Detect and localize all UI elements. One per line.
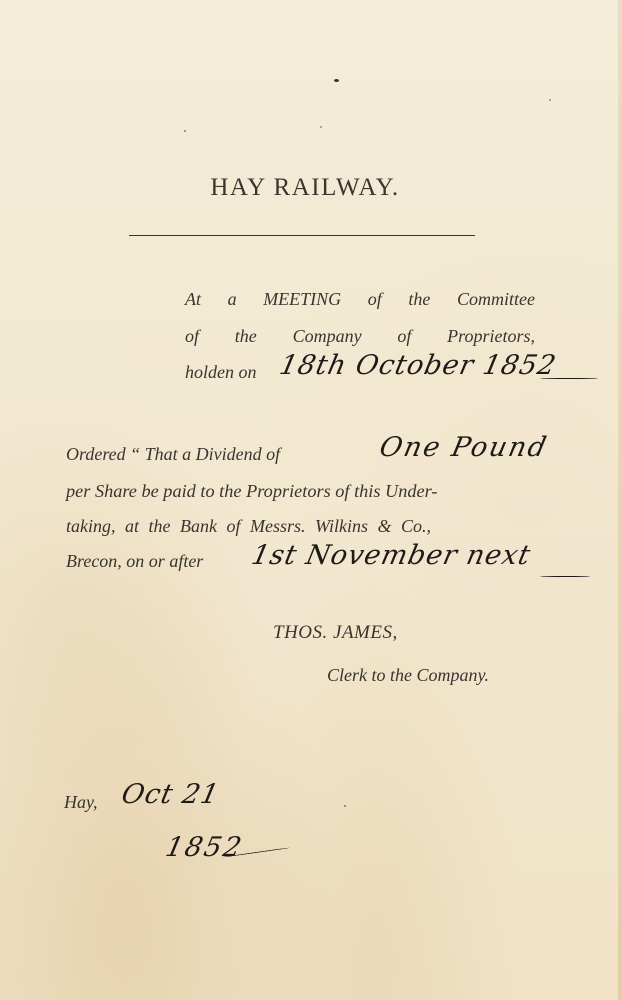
meeting-word: of: [185, 326, 199, 347]
meeting-line-3-printed: holden on: [185, 362, 257, 383]
meeting-line-2: of the Company of Proprietors,: [185, 326, 535, 347]
meeting-word: Committee: [457, 289, 535, 310]
paper-speck: [334, 79, 339, 82]
handwritten-payment-date: 1st November next: [249, 540, 534, 571]
order-line-2: per Share be paid to the Proprietors of …: [66, 481, 438, 502]
meeting-word: At: [185, 289, 201, 310]
signatory-name: THOS. JAMES,: [273, 622, 398, 644]
document-page: HAY RAILWAY. At a MEETING of the Committ…: [0, 0, 622, 1000]
handwritten-dividend-amount: One Pound: [377, 432, 551, 463]
signatory-role: Clerk to the Company.: [327, 665, 489, 686]
handwritten-issue-year: 1852: [163, 832, 246, 863]
document-title: HAY RAILWAY.: [0, 174, 616, 202]
meeting-word: the: [408, 289, 430, 310]
handwritten-flourish: [540, 576, 590, 577]
order-line-4-printed: Brecon, on or after: [66, 551, 203, 572]
meeting-word: of: [397, 326, 411, 347]
meeting-word: the: [235, 326, 257, 347]
paper-speck: [344, 805, 346, 807]
meeting-word: of: [368, 289, 382, 310]
meeting-word: Proprietors,: [447, 326, 535, 347]
title-divider: [129, 235, 475, 236]
order-line-1-printed: Ordered “ That a Dividend of: [66, 444, 280, 465]
paper-speck: [320, 126, 322, 128]
dateline-place: Hay,: [64, 792, 98, 813]
order-line-3: taking, at the Bank of Messrs. Wilkins &…: [66, 516, 431, 537]
handwritten-issue-date: Oct 21: [119, 779, 223, 810]
handwritten-meeting-date: 18th October 1852: [277, 350, 560, 381]
handwritten-flourish: [540, 378, 598, 379]
meeting-word: MEETING: [263, 289, 341, 310]
meeting-word: Company: [293, 326, 362, 347]
meeting-word: a: [228, 289, 237, 310]
paper-speck: [549, 99, 551, 101]
meeting-line-1: At a MEETING of the Committee: [185, 289, 535, 310]
paper-speck: [184, 130, 186, 132]
